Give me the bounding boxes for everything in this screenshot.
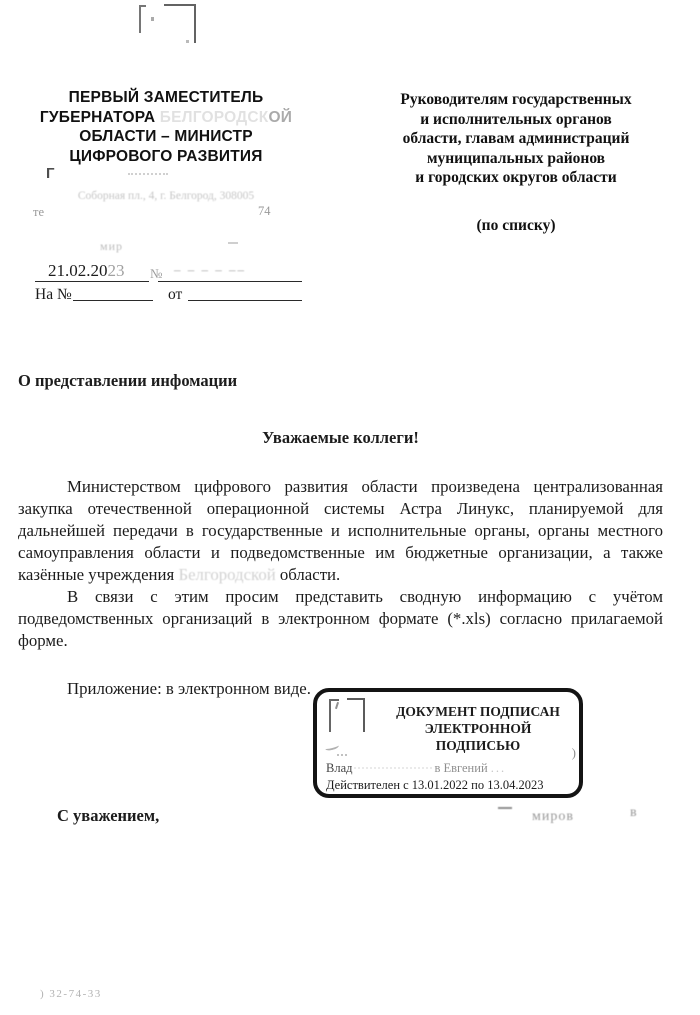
number-underline: [158, 281, 302, 282]
addressee-line: области, главам администраций: [355, 129, 677, 149]
date-underline: [35, 281, 149, 282]
stamp-owner-fragment: Влад: [326, 761, 352, 775]
letterhead-faded-region: БЕЛГОРОДСК: [160, 109, 269, 126]
letterhead-line: ПЕРВЫЙ ЗАМЕСТИТЕЛЬ: [20, 88, 312, 108]
addressee-line: муниципальных районов: [355, 149, 677, 169]
salutation: Уважаемые коллеги!: [18, 428, 663, 448]
signatory-name-fragment: миров: [532, 809, 574, 825]
esignature-stamp: ДОКУМЕНТ ПОДПИСАН ЭЛЕКТРОННОЙ ПОДПИСЬЮ )…: [313, 688, 583, 798]
top-stamp-remnant-right-bracket: [164, 4, 196, 43]
stamp-owner-faded-gap: [354, 767, 432, 769]
addressee-block: Руководителям государственных и исполнит…: [355, 90, 677, 235]
stamp-faded-mark: [337, 752, 347, 756]
stamp-owner-tail: ...: [491, 761, 506, 775]
stamp-owner-line: Владв Евгений ...: [326, 761, 506, 776]
stamp-validity: Действителен с 13.01.2022 по 13.04.2023: [326, 778, 544, 793]
reply-to-label: На №: [35, 286, 72, 304]
top-stamp-remnant-left-bracket: [139, 5, 146, 33]
letter-date-visible: 21.02.20: [48, 261, 108, 280]
signatory-name-fragment-tail: в: [630, 805, 637, 821]
letter-body: Министерством цифрового развития области…: [18, 476, 663, 700]
letterhead-line: ЦИФРОВОГО РАЗВИТИЯ: [20, 147, 312, 167]
signatory-faded-mark: [498, 807, 512, 809]
body-paragraph-2: В связи с этим просим представить сводну…: [18, 586, 663, 652]
reply-date-underline: [188, 300, 302, 301]
stamp-title: ДОКУМЕНТ ПОДПИСАН ЭЛЕКТРОННОЙ ПОДПИСЬЮ: [381, 703, 575, 754]
scanned-letter-page: ПЕРВЫЙ ЗАМЕСТИТЕЛЬ ГУБЕРНАТОРА БЕЛГОРОДС…: [0, 0, 700, 1015]
addressee-line: и исполнительных органов: [355, 110, 677, 130]
letter-number-sign-faded: №: [150, 266, 162, 282]
letter-date-faded: 23: [108, 261, 125, 280]
letterhead-line: ОБЛАСТИ – МИНИСТР: [20, 127, 312, 147]
stamp-title-line1: ДОКУМЕНТ ПОДПИСАН: [381, 703, 575, 720]
body-paragraph-1: Министерством цифрового развития области…: [18, 476, 663, 586]
reply-from-label: от: [168, 286, 182, 304]
letterhead-tel-fragment: 74: [258, 204, 271, 219]
letterhead-line-text: ГУБЕРНАТОРА: [40, 109, 155, 126]
stamp-title-line2: ЭЛЕКТРОННОЙ ПОДПИСЬЮ: [381, 720, 575, 754]
letterhead: ПЕРВЫЙ ЗАМЕСТИТЕЛЬ ГУБЕРНАТОРА БЕЛГОРОДС…: [20, 88, 312, 166]
addressee-line: и городских округов области: [355, 168, 677, 188]
letterhead-faded-region-tail: ОЙ: [268, 109, 292, 126]
reply-number-underline: [73, 300, 153, 301]
letterhead-line: ГУБЕРНАТОРА БЕЛГОРОДСКОЙ: [20, 108, 312, 128]
footer-phone-fragment: ) 32-74-33: [40, 988, 102, 1000]
letterhead-tel-fragment: те: [33, 205, 44, 220]
letterhead-faded-g: Г: [46, 165, 55, 182]
stamp-certificate-fragment: ): [572, 745, 576, 761]
addressee-list-note: (по списку): [355, 216, 677, 236]
stamp-faded-mark: [324, 742, 339, 751]
body-paragraph-1-text: Министерством цифрового развития области…: [18, 477, 663, 584]
stamp-crest-icon: [347, 698, 365, 732]
closing-phrase: С уважением,: [57, 806, 159, 826]
letterhead-address-faded: Соборная пл., 4, г. Белгород, 308005: [20, 190, 312, 202]
letter-number-fragment: – – – – ––: [174, 262, 246, 278]
letterhead-email-fragment: мир: [100, 239, 123, 254]
letter-date: 21.02.2023: [48, 261, 125, 281]
letterhead-email-mark: [228, 242, 238, 244]
addressee-line: Руководителям государственных: [355, 90, 677, 110]
top-stamp-remnant-mark: [151, 17, 154, 21]
letterhead-faded-marks: [128, 173, 168, 175]
subject-line: О представлении инфомации: [18, 371, 237, 391]
body-paragraph-1-tail: области.: [276, 565, 341, 584]
stamp-owner-fragment: в Евгений: [434, 761, 487, 775]
body-faded-region-name: Белгородской: [178, 565, 275, 584]
top-stamp-remnant-mark: [186, 40, 189, 43]
